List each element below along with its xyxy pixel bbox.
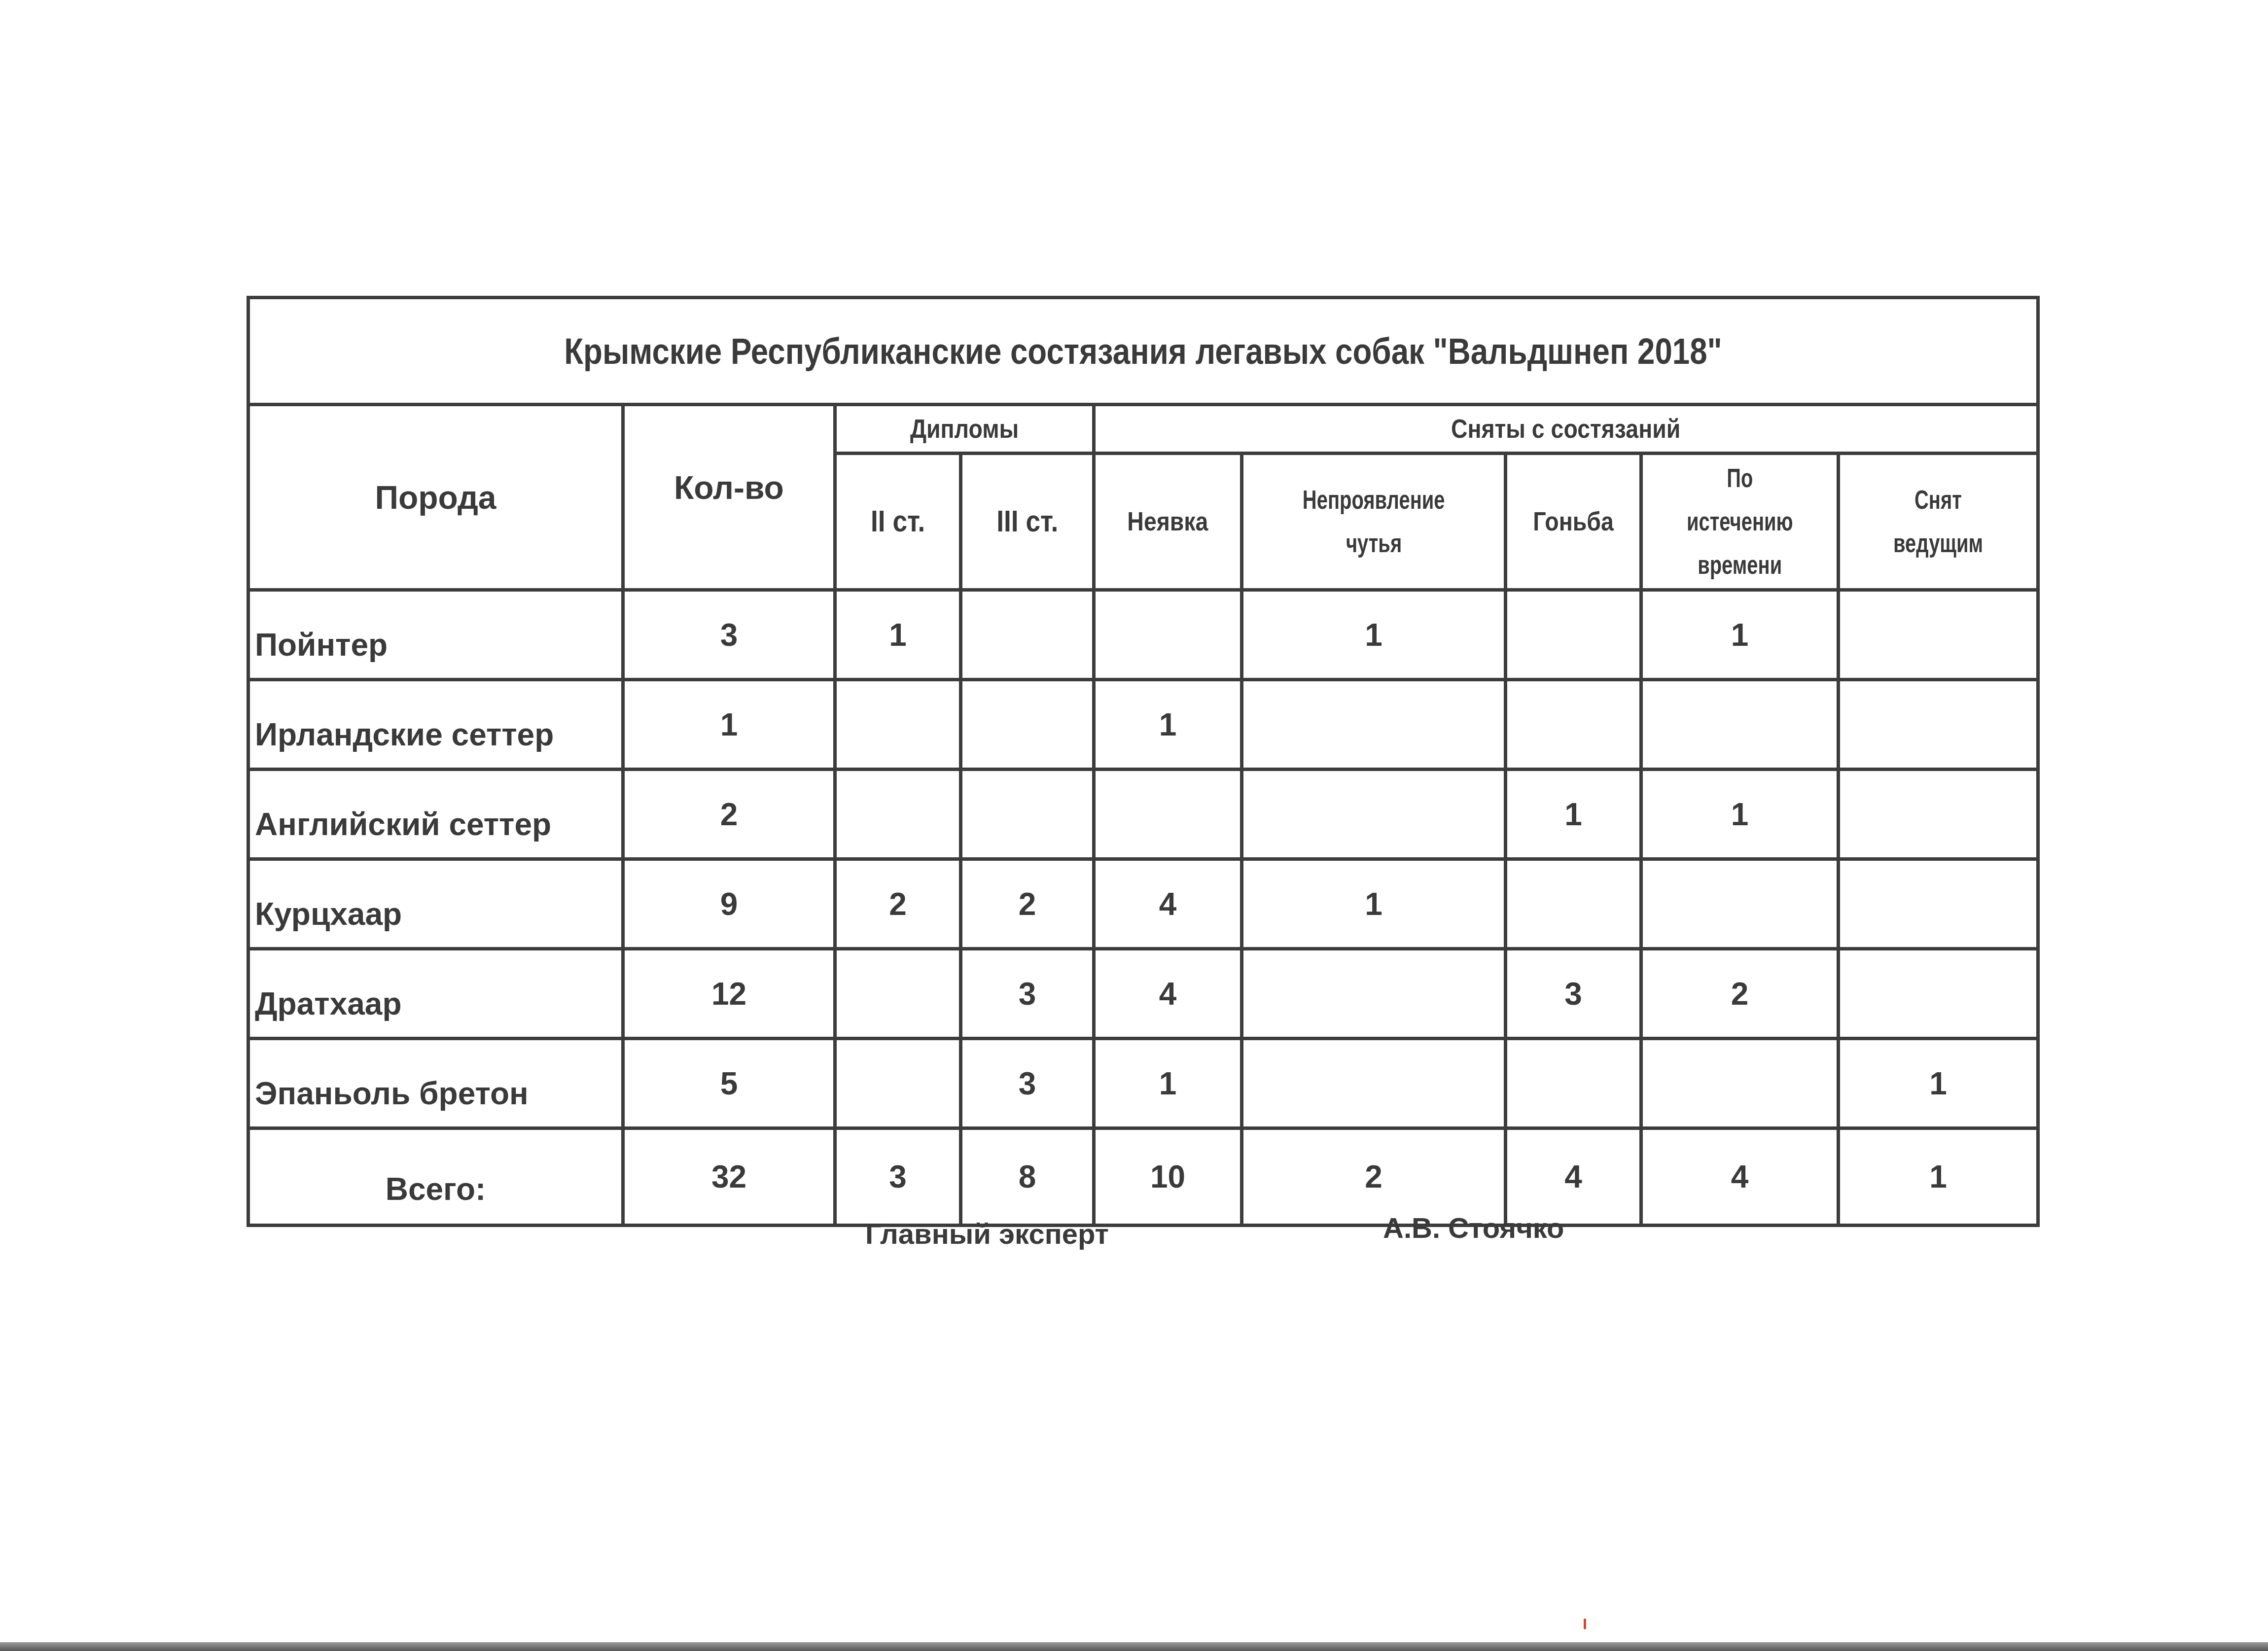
handler-withdrawn-cell: 1 (1839, 1039, 2038, 1128)
no-scent-cell: 1 (1242, 590, 1506, 680)
time-expired-cell: 1 (1641, 770, 1839, 859)
header-time-line-2: истечению (1687, 500, 1793, 543)
table-body: Пойнтер3111Ирландские сеттер11Английский… (248, 590, 2038, 1128)
header-chasing: Гоньба (1506, 454, 1641, 590)
breed-cell: Курцхаар (248, 859, 623, 949)
table-row: Пойнтер3111 (248, 590, 2038, 680)
header-handler-line-1: Снят (1914, 478, 1962, 522)
header-count-label: Кол-во (674, 469, 784, 506)
handler-withdrawn-cell (1839, 680, 2038, 770)
header-removed-group: Сняты с состязаний (1094, 405, 2038, 454)
diploma-2-cell (835, 1039, 961, 1128)
no-scent-cell (1242, 949, 1506, 1039)
no-show-cell (1094, 770, 1242, 859)
count-cell: 9 (623, 859, 835, 949)
total-label: Всего: (248, 1128, 623, 1226)
scanned-page: Крымские Республиканские состязания лега… (0, 0, 2268, 1651)
header-count: Кол-во (623, 405, 835, 590)
diploma-3-cell (961, 680, 1094, 770)
time-expired-cell (1641, 859, 1839, 949)
total-handler-withdrawn: 1 (1839, 1128, 2038, 1226)
total-diploma-3: 8 (961, 1128, 1094, 1226)
header-diplomas-label: Дипломы (910, 414, 1019, 444)
header-no-show-label: Неявка (1127, 500, 1208, 543)
no-show-cell: 1 (1094, 680, 1242, 770)
scan-speck (1584, 1618, 1586, 1629)
header-diplomas-group: Дипломы (835, 405, 1094, 454)
diploma-2-cell (835, 770, 961, 859)
signature-line: Главный эксперт А.В. Стоячко (0, 1218, 2268, 1257)
no-scent-cell (1242, 770, 1506, 859)
header-diploma-3: III ст. (961, 454, 1094, 590)
diploma-3-cell: 3 (961, 949, 1094, 1039)
no-show-cell: 4 (1094, 859, 1242, 949)
header-time-line-1: По (1727, 457, 1753, 500)
results-sheet: Крымские Республиканские состязания лега… (247, 296, 2036, 1227)
breed-cell: Эпаньоль бретон (248, 1039, 623, 1128)
total-no-scent: 2 (1242, 1128, 1506, 1226)
header-time-expired: По истечению времени (1641, 454, 1839, 590)
count-cell: 12 (623, 949, 835, 1039)
handler-withdrawn-cell (1839, 590, 2038, 680)
header-handler-withdrawn: Снят ведущим (1839, 454, 2038, 590)
breed-cell: Английский сеттер (248, 770, 623, 859)
no-scent-cell: 1 (1242, 859, 1506, 949)
table-row: Ирландские сеттер11 (248, 680, 2038, 770)
header-no-show: Неявка (1094, 454, 1242, 590)
total-count: 32 (623, 1128, 835, 1226)
header-breed: Порода (248, 405, 623, 590)
time-expired-cell (1641, 680, 1839, 770)
header-no-scent-line-1: Непроявление (1303, 478, 1445, 522)
breed-cell: Ирландские сеттер (248, 680, 623, 770)
header-diploma-2-label: II ст. (871, 500, 925, 543)
header-diploma-2: II ст. (835, 454, 961, 590)
total-row: Всего: 32 3 8 10 2 4 4 1 (248, 1128, 2038, 1226)
title-text: Крымские Республиканские состязания лега… (564, 330, 1722, 372)
count-cell: 2 (623, 770, 835, 859)
table-row: Курцхаар92241 (248, 859, 2038, 949)
time-expired-cell (1641, 1039, 1839, 1128)
table-title: Крымские Республиканские состязания лега… (248, 298, 2038, 405)
header-diploma-3-label: III ст. (996, 500, 1058, 543)
diploma-3-cell (961, 770, 1094, 859)
chasing-cell (1506, 590, 1641, 680)
header-no-scent-label: Непроявление чутья (1291, 478, 1456, 565)
diploma-2-cell: 1 (835, 590, 961, 680)
count-cell: 5 (623, 1039, 835, 1128)
signer-name: А.В. Стоячко (1383, 1212, 1564, 1245)
header-chasing-label: Гоньба (1533, 500, 1613, 543)
results-table: Крымские Республиканские состязания лега… (247, 296, 2040, 1227)
total-time-expired: 4 (1641, 1128, 1839, 1226)
table-row: Английский сеттер211 (248, 770, 2038, 859)
header-removed-label: Сняты с состязаний (1451, 414, 1680, 444)
chasing-cell: 1 (1506, 770, 1641, 859)
header-time-expired-label: По истечению времени (1678, 457, 1802, 587)
count-cell: 1 (623, 680, 835, 770)
no-scent-cell (1242, 1039, 1506, 1128)
chasing-cell (1506, 1039, 1641, 1128)
diploma-3-cell (961, 590, 1094, 680)
header-time-line-3: времени (1698, 543, 1782, 587)
no-show-cell (1094, 590, 1242, 680)
breed-cell: Пойнтер (248, 590, 623, 680)
total-diploma-2: 3 (835, 1128, 961, 1226)
diploma-2-cell (835, 680, 961, 770)
signer-role: Главный эксперт (865, 1218, 1109, 1251)
scan-edge-band (0, 1642, 2268, 1651)
header-no-scent-line-2: чутья (1346, 522, 1401, 565)
table-row: Дратхаар123432 (248, 949, 2038, 1039)
total-no-show: 10 (1094, 1128, 1242, 1226)
chasing-cell: 3 (1506, 949, 1641, 1039)
diploma-2-cell (835, 949, 961, 1039)
no-scent-cell (1242, 680, 1506, 770)
header-breed-label: Порода (375, 479, 496, 516)
chasing-cell (1506, 859, 1641, 949)
diploma-3-cell: 2 (961, 859, 1094, 949)
time-expired-cell: 2 (1641, 949, 1839, 1039)
handler-withdrawn-cell (1839, 859, 2038, 949)
diploma-2-cell: 2 (835, 859, 961, 949)
handler-withdrawn-cell (1839, 949, 2038, 1039)
header-handler-line-2: ведущим (1893, 522, 1983, 565)
table-row: Эпаньоль бретон5311 (248, 1039, 2038, 1128)
time-expired-cell: 1 (1641, 590, 1839, 680)
total-chasing: 4 (1506, 1128, 1641, 1226)
count-cell: 3 (623, 590, 835, 680)
chasing-cell (1506, 680, 1641, 770)
diploma-3-cell: 3 (961, 1039, 1094, 1128)
handler-withdrawn-cell (1839, 770, 2038, 859)
header-handler-label: Снят ведущим (1886, 478, 1990, 565)
header-no-scent: Непроявление чутья (1242, 454, 1506, 590)
breed-cell: Дратхаар (248, 949, 623, 1039)
no-show-cell: 4 (1094, 949, 1242, 1039)
no-show-cell: 1 (1094, 1039, 1242, 1128)
